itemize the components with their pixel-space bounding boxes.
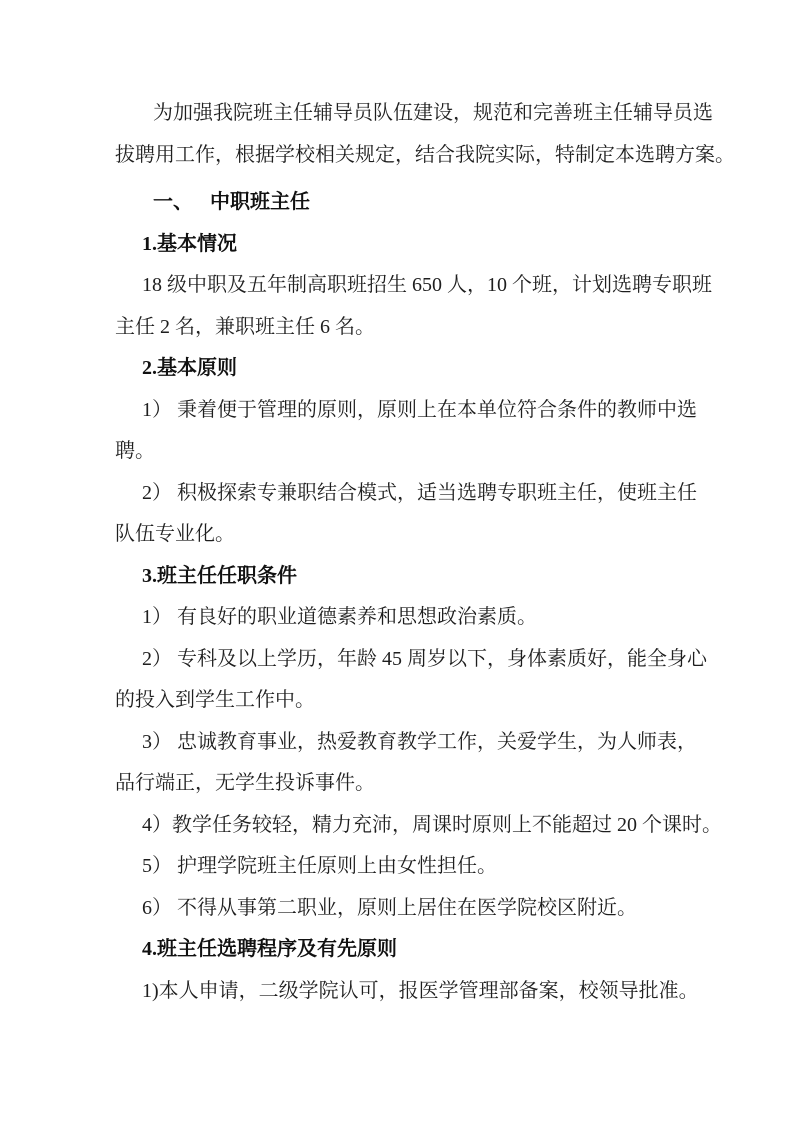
section-heading-zhongzhi-banzhuren: 一、中职班主任 xyxy=(115,182,725,224)
subheading-selection-procedure: 4.班主任选聘程序及有先原则 xyxy=(115,929,725,971)
subheading-basic-info: 1.基本情况 xyxy=(115,224,725,266)
condition-item-4: 4）教学任务较轻，精力充沛，周课时原则上不能超过 20 个课时。 xyxy=(115,805,725,847)
section-number: 一、 xyxy=(153,191,193,213)
condition-item-1: 1） 有良好的职业道德素养和思想政治素质。 xyxy=(115,597,725,639)
intro-paragraph: 为加强我院班主任辅导员队伍建设，规范和完善班主任辅导员选 拔聘用工作，根据学校相… xyxy=(115,93,725,176)
document-content: 为加强我院班主任辅导员队伍建设，规范和完善班主任辅导员选 拔聘用工作，根据学校相… xyxy=(115,93,725,1012)
procedure-item-1: 1)本人申请，二级学院认可，报医学管理部备案，校领导批准。 xyxy=(115,971,725,1013)
document-page: 为加强我院班主任辅导员队伍建设，规范和完善班主任辅导员选 拔聘用工作，根据学校相… xyxy=(0,0,793,1122)
section-title: 中职班主任 xyxy=(210,191,310,213)
principle-item-1: 1） 秉着便于管理的原则，原则上在本单位符合条件的教师中选 聘。 xyxy=(115,390,725,473)
principle-item-2: 2） 积极探索专兼职结合模式，适当选聘专职班主任，使班主任 队伍专业化。 xyxy=(115,473,725,556)
subheading-qualification-conditions: 3.班主任任职条件 xyxy=(115,556,725,598)
condition-item-3: 3） 忠诚教育事业，热爱教育教学工作，关爱学生，为人师表， 品行端正，无学生投诉… xyxy=(115,722,725,805)
condition-item-2: 2） 专科及以上学历，年龄 45 周岁以下，身体素质好，能全身心 的投入到学生工… xyxy=(115,639,725,722)
subheading-basic-principles: 2.基本原则 xyxy=(115,348,725,390)
condition-item-6: 6） 不得从事第二职业，原则上居住在医学院校区附近。 xyxy=(115,888,725,930)
paragraph-enrollment: 18 级中职及五年制高职班招生 650 人，10 个班，计划选聘专职班 主任 2… xyxy=(115,265,725,348)
condition-item-5: 5） 护理学院班主任原则上由女性担任。 xyxy=(115,846,725,888)
